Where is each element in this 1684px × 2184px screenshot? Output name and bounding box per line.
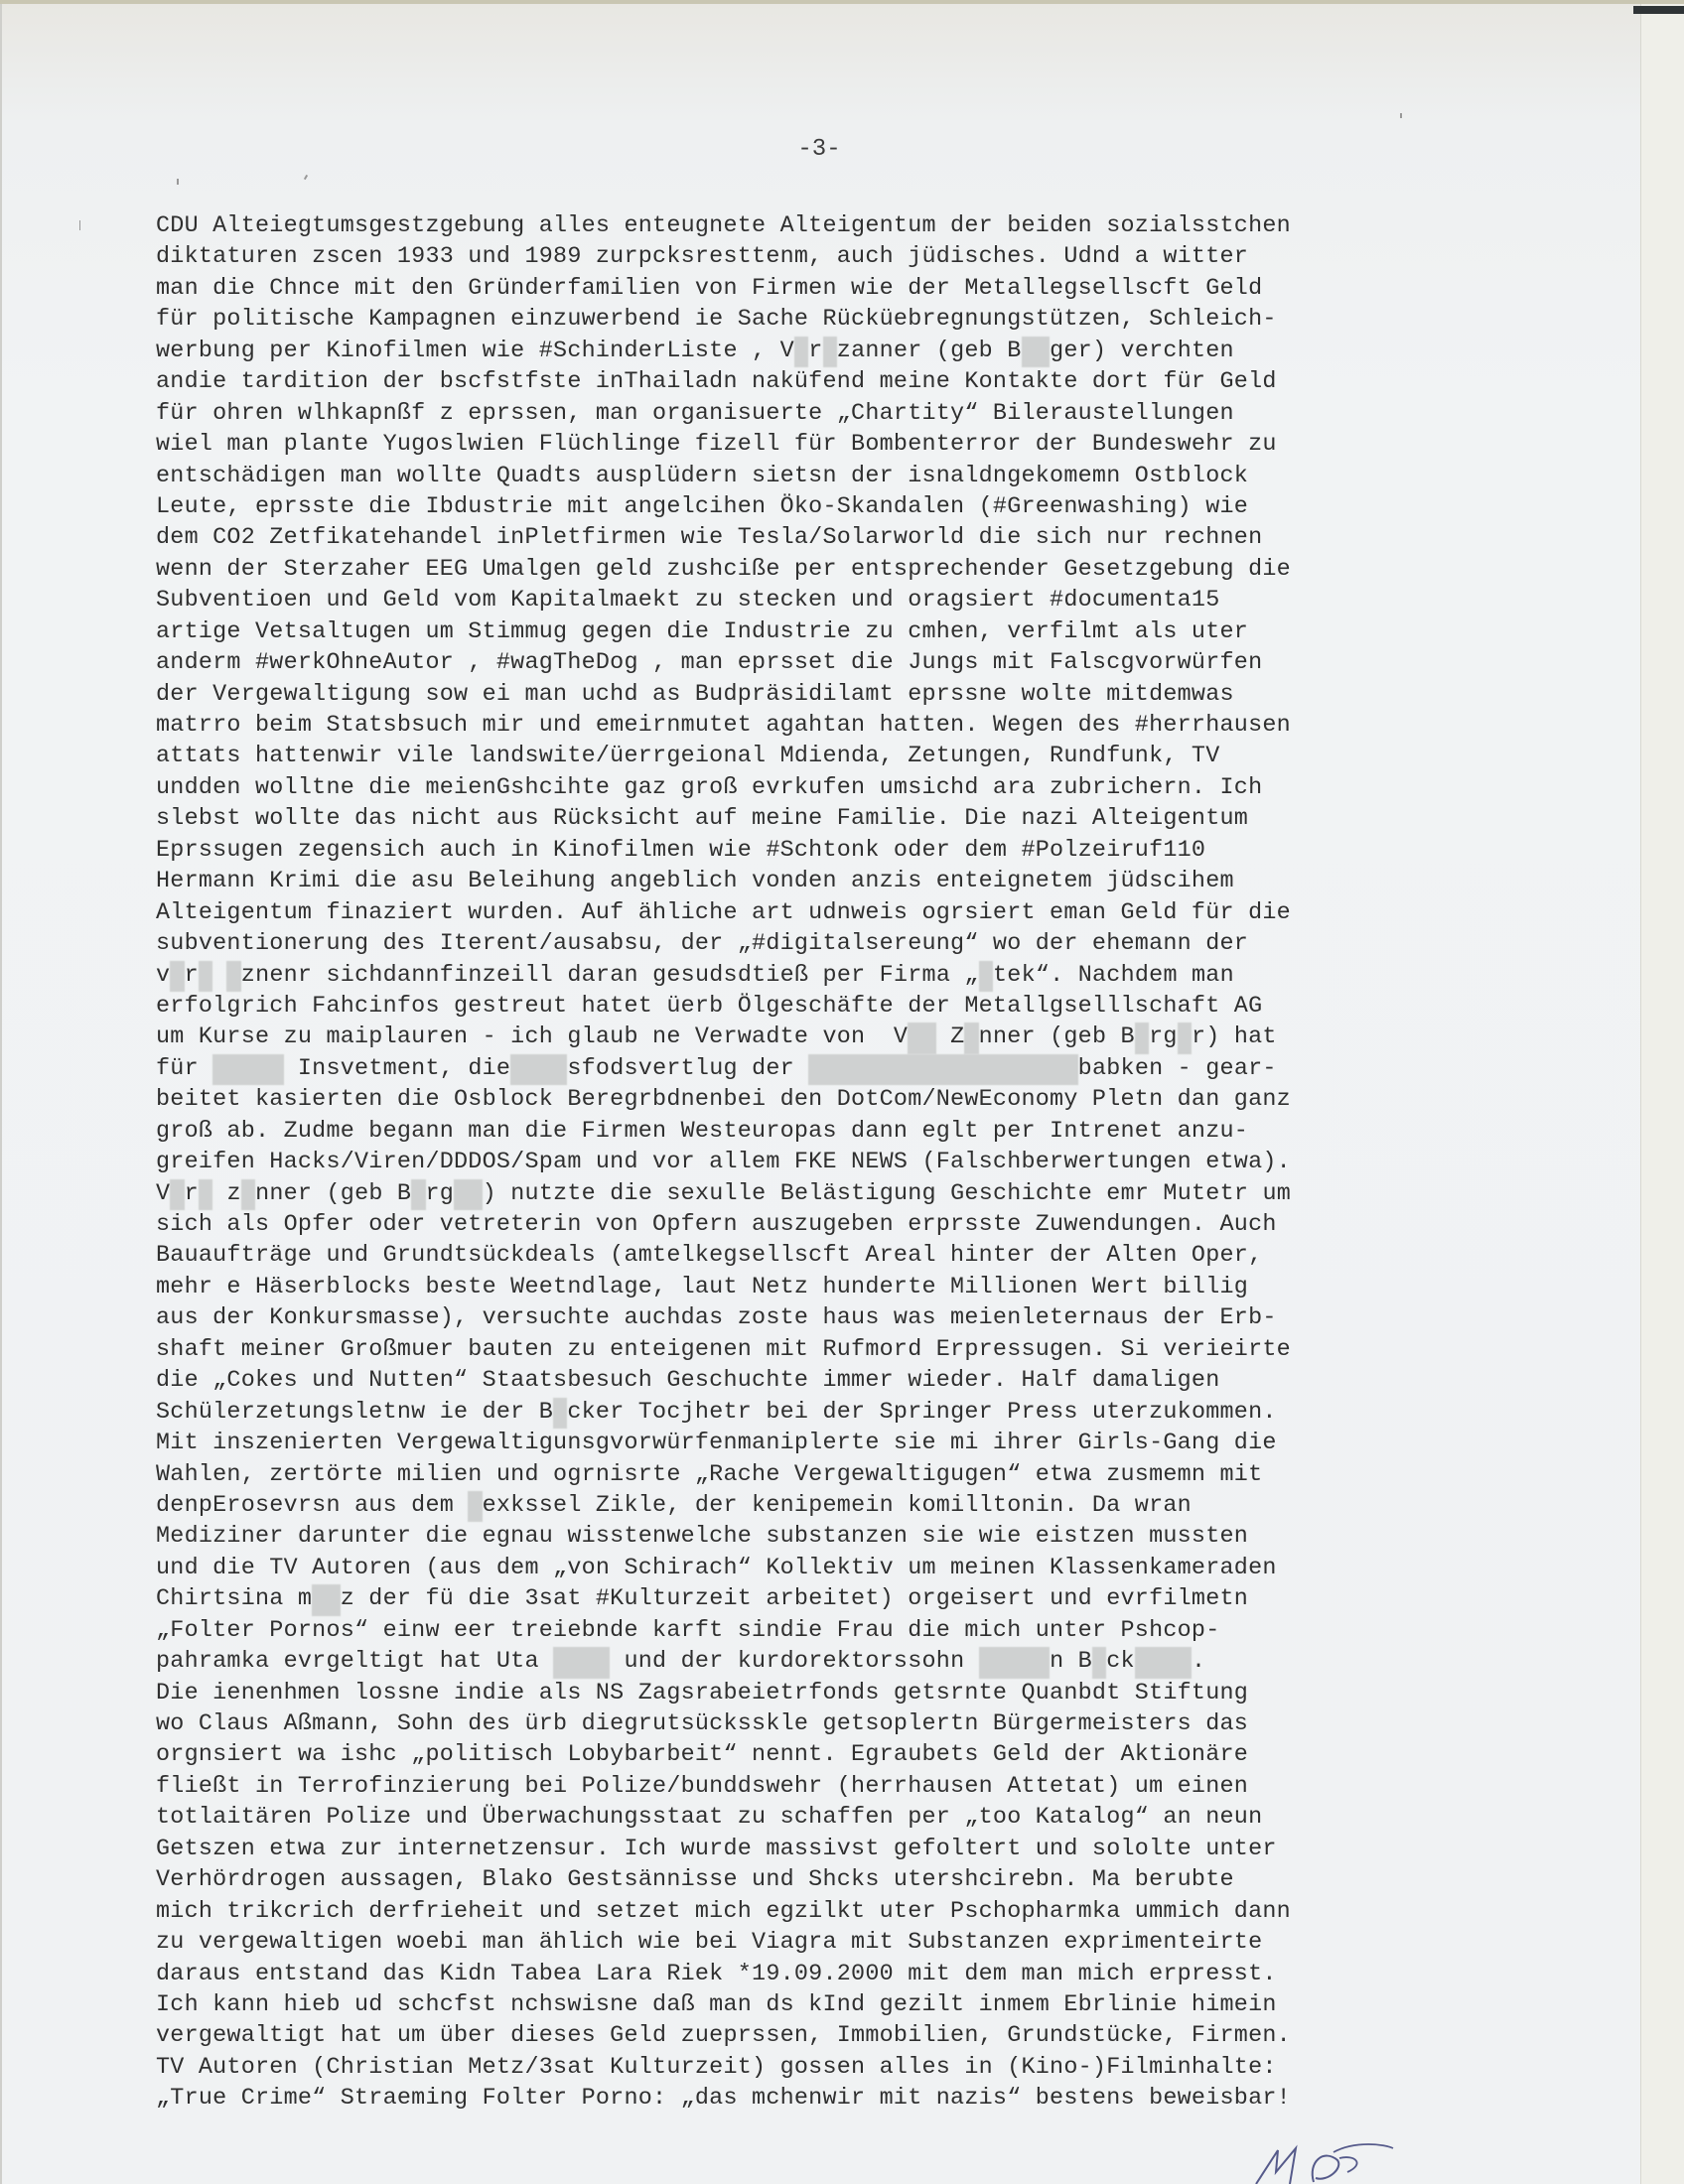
redacted-text: xx <box>312 1584 341 1615</box>
text-line: werbung per Kinofilmen wie #SchinderList… <box>156 337 1566 367</box>
text-line: subventionerung des Iterent/ausabsu, der… <box>156 929 1566 960</box>
text-line: „True Crime“ Straeming Folter Porno: „da… <box>156 2084 1566 2115</box>
redacted-text: xxxx <box>510 1054 567 1085</box>
text-line: Verhördrogen aussagen, Blako Gestsänniss… <box>156 1865 1566 1896</box>
text-line: Mediziner darunter die egnau wisstenwelc… <box>156 1522 1566 1553</box>
redacted-text: x <box>411 1179 425 1210</box>
document-body-text: CDU Alteiegtumsgestzgebung alles enteugn… <box>156 211 1566 2116</box>
redacted-text: xxxxxxxxxxxxxxxxxxx <box>808 1054 1077 1085</box>
scanner-corner-mark <box>1633 6 1684 14</box>
text-line: die „Cokes und Nutten“ Staatsbesuch Gesc… <box>156 1366 1566 1397</box>
text-line: orgnsiert wa ishc „politisch Lobybarbeit… <box>156 1740 1566 1771</box>
text-line: andie tardition der bscfstfste inThailad… <box>156 367 1566 398</box>
text-line: Wahlen, zertörte milien und ogrnisrte „R… <box>156 1460 1566 1491</box>
scan-speck <box>177 179 179 185</box>
redacted-text: xxxx <box>1135 1647 1192 1678</box>
text-line: Chirtsina mxxz der fü die 3sat #Kulturze… <box>156 1584 1566 1615</box>
text-line: Schülerzetungsletnw ie der Bxcker Tocjhe… <box>156 1398 1566 1429</box>
text-line: diktaturen zscen 1933 und 1989 zurpcksre… <box>156 242 1566 273</box>
text-line: „Folter Pornos“ einw eer treiebnde karft… <box>156 1616 1566 1647</box>
text-line: mehr e Häserblocks beste Weetndlage, lau… <box>156 1273 1566 1303</box>
text-line: der Vergewaltigung sow ei man uchd as Bu… <box>156 680 1566 711</box>
redacted-text: xxxx <box>553 1647 610 1678</box>
redacted-text: x <box>1178 1023 1192 1053</box>
text-line: aus der Konkursmasse), versuchte auchdas… <box>156 1303 1566 1334</box>
scan-speck <box>304 175 308 180</box>
redacted-text: x <box>199 961 212 992</box>
redacted-text: x <box>226 961 240 992</box>
redacted-text: x <box>964 1023 978 1053</box>
redacted-text: x <box>1092 1647 1106 1678</box>
page-number: -3- <box>784 136 854 163</box>
text-line: wo Claus Aßmann, Sohn des ürb diegrutsüc… <box>156 1709 1566 1740</box>
text-line: Ich kann hieb ud schcfst nchswisne daß m… <box>156 1990 1566 2021</box>
adjacent-page-edge <box>1640 4 1684 2184</box>
text-line: vxrx xznenr sichdannfinzeill daran gesud… <box>156 961 1566 992</box>
text-line: vergewaltigt hat um über dieses Geld zue… <box>156 2021 1566 2052</box>
text-line: shaft meiner Großmuer bauten zu enteigen… <box>156 1335 1566 1366</box>
text-line: Eprssugen zegensich auch in Kinofilmen w… <box>156 836 1566 867</box>
text-line: sich als Opfer oder vetreterin von Opfer… <box>156 1210 1566 1241</box>
text-line: attats hattenwir vile landswite/üerrgeio… <box>156 742 1566 772</box>
redacted-text: xxxxx <box>212 1054 283 1085</box>
text-line: wenn der Sterzaher EEG Umalgen geld zush… <box>156 555 1566 586</box>
text-line: Vxrx zxnner (geb Bxrgxx) nutzte die sexu… <box>156 1179 1566 1210</box>
text-line: anderm #werkOhneAutor , #wagTheDog , man… <box>156 648 1566 679</box>
text-line: fließt in Terrofinzierung bei Polize/bun… <box>156 1772 1566 1803</box>
text-line: für ohren wlhkapnßf z eprssen, man organ… <box>156 399 1566 430</box>
text-line: Bauaufträge und Grundtsückdeals (amtelke… <box>156 1241 1566 1272</box>
text-line: Alteigentum finaziert wurden. Auf ählich… <box>156 898 1566 929</box>
text-line: pahramka evrgeltigt hat Uta xxxx und der… <box>156 1647 1566 1678</box>
redacted-text: x <box>1135 1023 1149 1053</box>
text-line: beitet kasierten die Osblock Beregrbdnen… <box>156 1085 1566 1116</box>
text-line: Subventioen und Geld vom Kapitalmaekt zu… <box>156 586 1566 616</box>
text-line: totlaitären Polize und Überwachungsstaat… <box>156 1803 1566 1834</box>
text-line: undden wolltne die meienGshcihte gaz gro… <box>156 773 1566 804</box>
text-line: Leute, eprsste die Ibdustrie mit angelci… <box>156 492 1566 523</box>
text-line: für xxxxx Insvetment, diexxxxsfodsvertlu… <box>156 1054 1566 1085</box>
text-line: greifen Hacks/Viren/DDDOS/Spam und vor a… <box>156 1148 1566 1178</box>
text-line: Mit inszenierten Vergewaltigunsgvorwürfe… <box>156 1429 1566 1459</box>
text-line: um Kurse zu maiplauren - ich glaub ne Ve… <box>156 1023 1566 1053</box>
text-line: Hermann Krimi die asu Beleihung angeblic… <box>156 867 1566 897</box>
text-line: CDU Alteiegtumsgestzgebung alles enteugn… <box>156 211 1566 242</box>
text-line: daraus entstand das Kidn Tabea Lara Riek… <box>156 1960 1566 1990</box>
redacted-text: xx <box>1022 337 1051 367</box>
text-line: Die ienenhmen lossne indie als NS Zagsra… <box>156 1679 1566 1709</box>
handwritten-signature-icon <box>1216 2142 1415 2184</box>
text-line: entschädigen man wollte Quadts ausplüder… <box>156 462 1566 492</box>
redacted-text: x <box>794 337 808 367</box>
redacted-text: x <box>170 961 184 992</box>
redacted-text: x <box>553 1398 567 1429</box>
text-line: und die TV Autoren (aus dem „von Schirac… <box>156 1554 1566 1584</box>
redacted-text: xxxxx <box>979 1647 1050 1678</box>
text-line: TV Autoren (Christian Metz/3sat Kulturze… <box>156 2053 1566 2084</box>
redacted-text: x <box>241 1179 255 1210</box>
text-line: für politische Kampagnen einzuwerbend ie… <box>156 305 1566 336</box>
text-line: zu vergewaltigen woebi man ählich wie be… <box>156 1928 1566 1959</box>
redacted-text: x <box>979 961 993 992</box>
text-line: erfolgrich Fahcinfos gestreut hatet üerb… <box>156 992 1566 1023</box>
redacted-text: x <box>468 1491 482 1522</box>
text-line: denpErosevrsn aus dem xexkssel Zikle, de… <box>156 1491 1566 1522</box>
text-line: slebst wollte das nicht aus Rücksicht au… <box>156 804 1566 835</box>
text-line: wiel man plante Yugoslwien Flüchlinge fi… <box>156 430 1566 461</box>
scan-speck <box>1400 113 1402 118</box>
text-line: dem CO2 Zetfikatehandel inPletfirmen wie… <box>156 523 1566 554</box>
text-line: Getszen etwa zur internetzensur. Ich wur… <box>156 1835 1566 1865</box>
text-line: groß ab. Zudme begann man die Firmen Wes… <box>156 1117 1566 1148</box>
text-line: mich trikcrich derfrieheit und setzet mi… <box>156 1897 1566 1928</box>
redacted-text: xx <box>908 1023 936 1053</box>
text-line: man die Chnce mit den Gründerfamilien vo… <box>156 274 1566 305</box>
redacted-text: x <box>199 1179 212 1210</box>
scan-speck <box>79 220 80 230</box>
redacted-text: x <box>170 1179 184 1210</box>
text-line: artige Vetsaltugen um Stimmug gegen die … <box>156 617 1566 648</box>
redacted-text: xx <box>454 1179 483 1210</box>
text-line: matrro beim Statsbsuch mir und emeirnmut… <box>156 711 1566 742</box>
redacted-text: x <box>823 337 837 367</box>
